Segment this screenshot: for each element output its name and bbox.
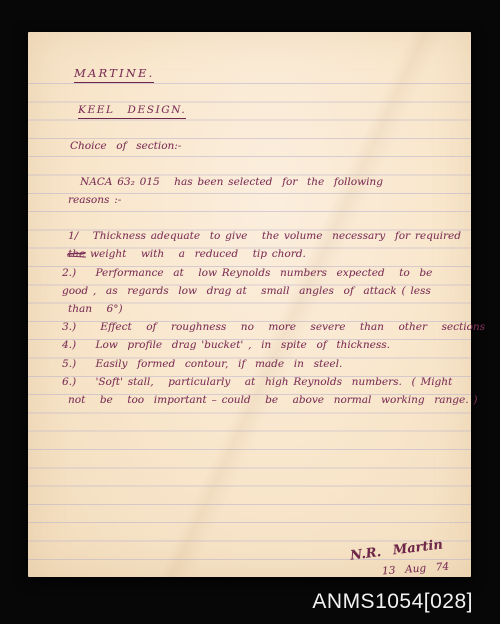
handwritten-line: Choice of section:- — [70, 141, 181, 152]
handwritten-line: the weight with a reduced tip chord. — [68, 249, 306, 260]
handwritten-line: NACA 63₂ 015 has been selected for the f… — [80, 177, 383, 188]
note-paper: MARTINE.KEEL DESIGN.Choice of section:-N… — [28, 32, 471, 577]
handwritten-line: than 6°) — [68, 304, 123, 315]
handwritten-line: reasons :- — [68, 195, 121, 206]
handwritten-line: MARTINE. — [74, 68, 154, 83]
handwritten-line: good , as regards low drag at small angl… — [62, 286, 431, 297]
handwritten-line: 1/ Thickness adequate to give the volume… — [68, 231, 461, 242]
handwritten-line: 13 Aug 74 — [382, 562, 450, 577]
handwritten-line: KEEL DESIGN. — [78, 105, 186, 119]
archive-photo: MARTINE.KEEL DESIGN.Choice of section:-N… — [0, 0, 500, 624]
crossed-out-word: the — [68, 249, 85, 260]
handwritten-line: 2.) Performance at low Reynolds numbers … — [62, 268, 432, 279]
catalog-number: ANMS1054[028] — [312, 590, 473, 614]
handwritten-line: 6.) 'Soft' stall, particularly at high R… — [62, 377, 452, 388]
handwritten-line: 5.) Easily formed contour, if made in st… — [62, 359, 342, 370]
handwritten-line: N.R. Martin — [350, 538, 444, 562]
handwritten-line: 4.) Low profile drag 'bucket' , in spite… — [62, 340, 390, 351]
handwritten-line: not be too important – could be above no… — [68, 395, 478, 406]
handwritten-line: 3.) Effect of roughness no more severe t… — [62, 322, 485, 333]
